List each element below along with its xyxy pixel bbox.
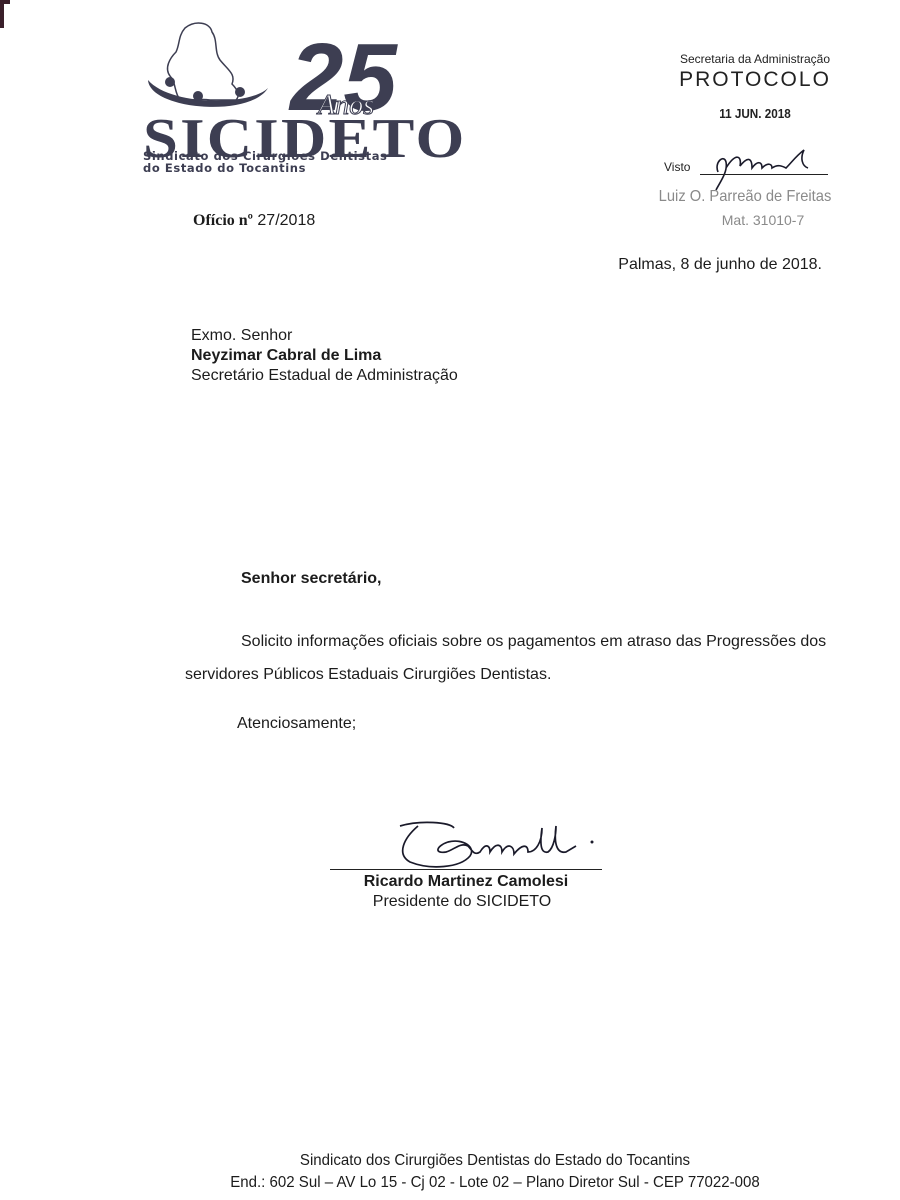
- signatory-name: Ricardo Martinez Camolesi: [330, 873, 602, 891]
- place-date: Palmas, 8 de junho de 2018.: [618, 256, 822, 274]
- footer-address: End.: 602 Sul – AV Lo 15 - Cj 02 - Lote …: [30, 1172, 900, 1194]
- stamp-signature-line: [700, 174, 828, 175]
- handwritten-signature-icon: [390, 812, 610, 872]
- stamp-visto-label: Visto: [664, 160, 690, 174]
- stamp-date: 11 JUN. 2018: [670, 106, 841, 121]
- recipient-salutation: Exmo. Senhor: [191, 326, 458, 346]
- stamp-registration: Mat. 31010-7: [658, 212, 868, 228]
- org-name-line2: do Estado do Tocantins: [143, 162, 388, 174]
- reference-label: Ofício nº: [193, 212, 253, 229]
- stamp-signature-icon: [696, 132, 826, 192]
- stamp-organization: Secretaria da Administração: [660, 52, 850, 66]
- stamp-title: PROTOCOLO: [660, 68, 850, 92]
- document-reference: Ofício nº 27/2018: [193, 212, 315, 230]
- signature-line: [330, 869, 602, 870]
- footer-org-name: Sindicato dos Cirurgiões Dentistas do Es…: [30, 1150, 900, 1172]
- recipient-block: Exmo. Senhor Neyzimar Cabral de Lima Sec…: [191, 326, 458, 386]
- letterhead-logo: 25 Anos SICIDETO Sindicato dos Cirurgiõe…: [140, 18, 480, 178]
- body-paragraph: Solicito informações oficiais sobre os p…: [185, 625, 845, 691]
- scan-corner-mark: [0, 0, 10, 28]
- signatory-role: Presidente do SICIDETO: [326, 893, 598, 911]
- greeting: Senhor secretário,: [241, 570, 382, 588]
- closing: Atenciosamente;: [237, 715, 356, 733]
- protocol-stamp: Secretaria da Administração PROTOCOLO 11…: [640, 52, 850, 121]
- reference-number: 27/2018: [257, 212, 315, 229]
- stamp-signer-name: Luiz O. Parreão de Freitas: [648, 188, 841, 206]
- recipient-title: Secretário Estadual de Administração: [191, 366, 458, 386]
- recipient-name: Neyzimar Cabral de Lima: [191, 346, 458, 366]
- footer: Sindicato dos Cirurgiões Dentistas do Es…: [0, 1150, 900, 1194]
- org-full-name: Sindicato dos Cirurgiões Dentistas do Es…: [143, 150, 388, 174]
